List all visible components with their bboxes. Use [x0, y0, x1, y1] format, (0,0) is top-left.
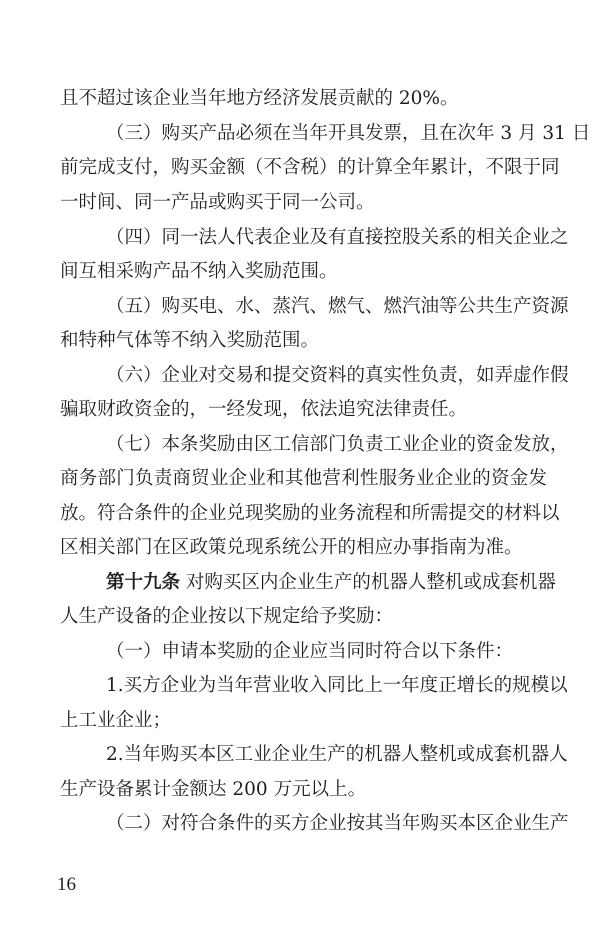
text-line: 骗取财政资金的，一经发现，依法追究法律责任。 — [60, 398, 547, 422]
text-line: 一时间、同一产品或购买于同一公司。 — [60, 191, 547, 215]
text-line: 和特种气体等不纳入奖励范围。 — [60, 329, 547, 353]
text-line: （一）申请本奖励的企业应当同时符合以下条件： — [106, 640, 547, 664]
text-line: （六）企业对交易和提交资料的真实性负责，如弄虚作假 — [106, 364, 547, 388]
text-line: 放。符合条件的企业兑现奖励的业务流程和所需提交的材料以 — [60, 502, 547, 526]
document-page: 且不超过该企业当年地方经济发展贡献的 20%。 （三）购买产品必须在当年开具发票… — [0, 0, 600, 942]
text-line: 生产设备累计金额达 200 万元以上。 — [60, 778, 547, 802]
text-line: （二）对符合条件的买方企业按其当年购买本区企业生产 — [106, 812, 547, 836]
article-title: 第十九条 — [106, 572, 180, 593]
article-text: 对购买区内企业生产的机器人整机或成套机器 — [180, 572, 556, 593]
text-line: （五）购买电、水、蒸汽、燃气、燃汽油等公共生产资源 — [106, 295, 547, 319]
text-line: 2.当年购买本区工业企业生产的机器人整机或成套机器人 — [106, 743, 547, 767]
text-line: 上工业企业； — [60, 709, 547, 733]
text-line: 且不超过该企业当年地方经济发展贡献的 20%。 — [60, 87, 547, 111]
text-line: （四）同一法人代表企业及有直接控股关系的相关企业之 — [106, 226, 547, 250]
text-line: 人生产设备的企业按以下规定给予奖励： — [60, 605, 547, 629]
article-heading-line: 第十九条 对购买区内企业生产的机器人整机或成套机器 — [106, 571, 547, 595]
page-number: 16 — [57, 874, 76, 896]
text-line: 商务部门负责商贸业企业和其他营利性服务业企业的资金发 — [60, 467, 547, 491]
text-line: （三）购买产品必须在当年开具发票，且在次年 3 月 31 日 — [106, 122, 547, 146]
text-line: 前完成支付，购买金额（不含税）的计算全年累计，不限于同 — [60, 156, 547, 180]
text-line: （七）本条奖励由区工信部门负责工业企业的资金发放， — [106, 433, 547, 457]
text-line: 间互相采购产品不纳入奖励范围。 — [60, 260, 547, 284]
text-line: 1.买方企业为当年营业收入同比上一年度正增长的规模以 — [106, 674, 547, 698]
text-line: 区相关部门在区政策兑现系统公开的相应办事指南为准。 — [60, 536, 547, 560]
